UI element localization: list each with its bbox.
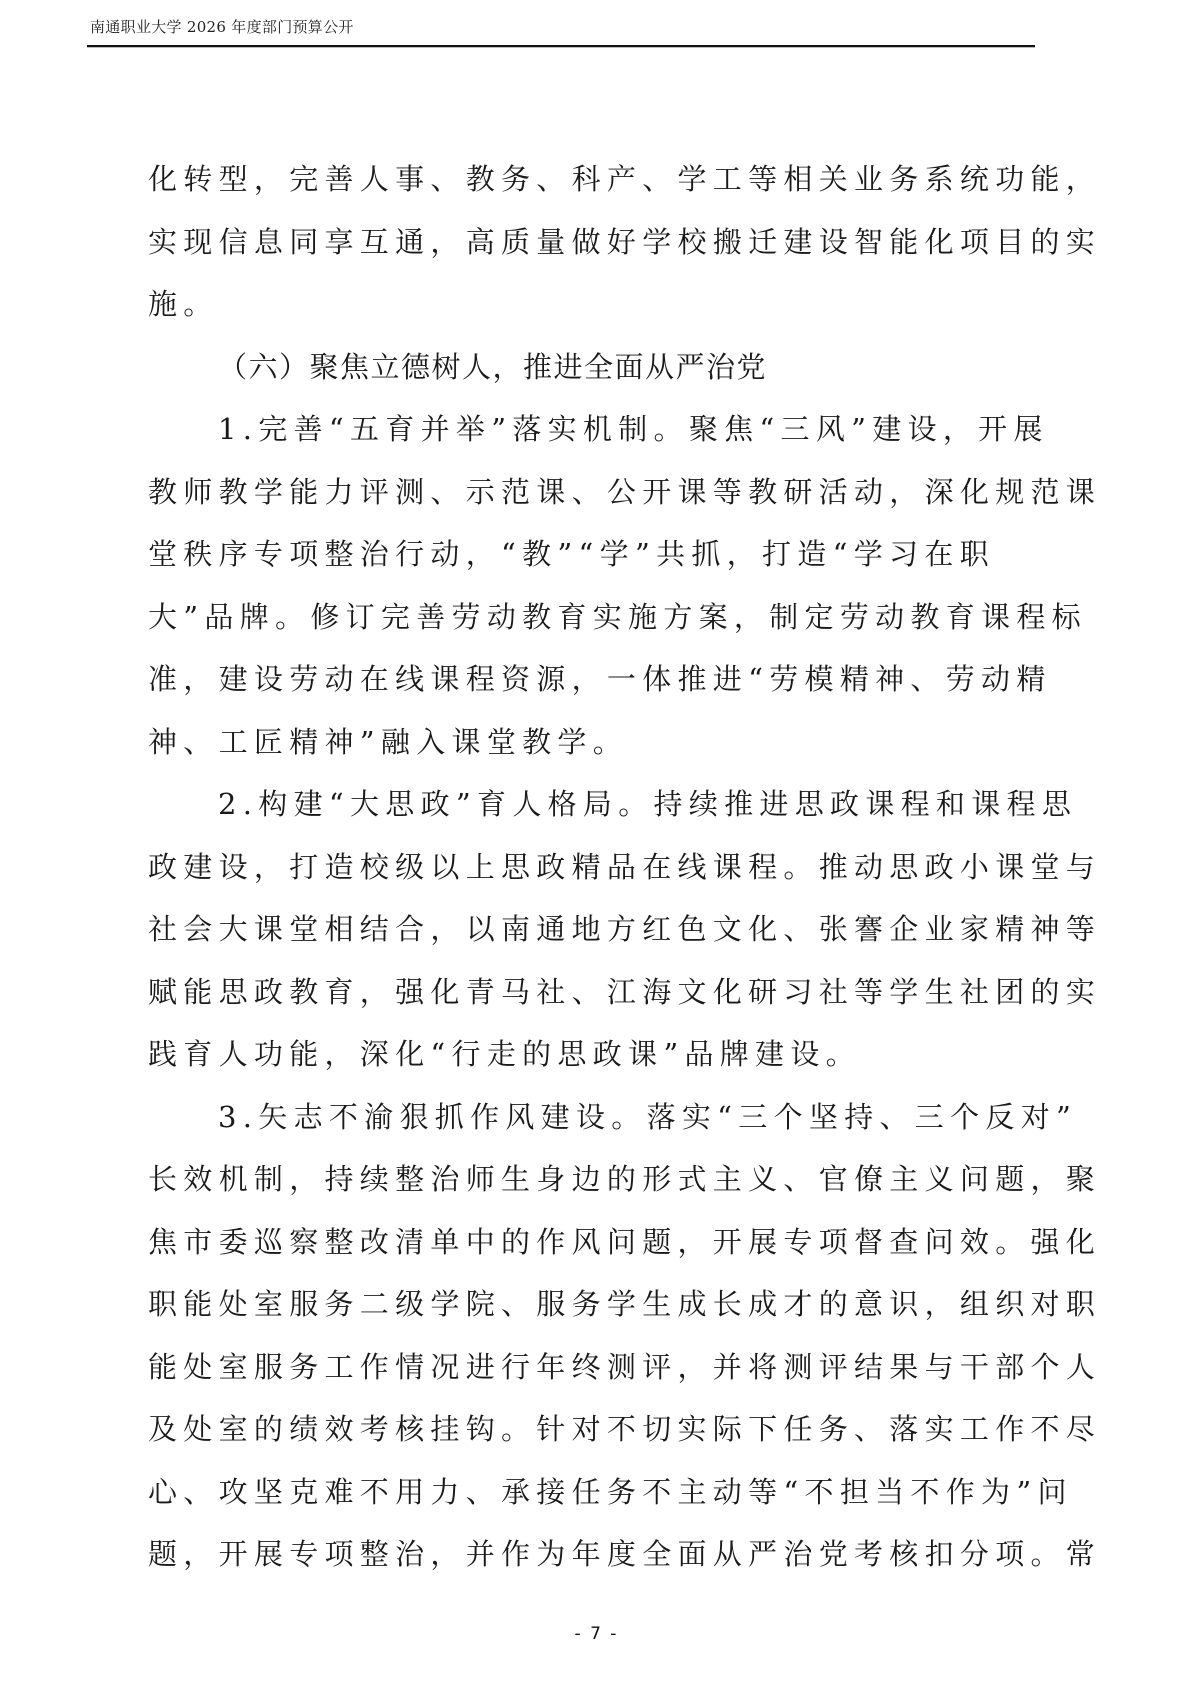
body-text: 化转型，完善人事、教务、科产、学工等相关业务系统功能， 实现信息同享互通，高质量… xyxy=(148,148,1048,1586)
text-line: 能处室服务工作情况进行年终测评，并将测评结果与干部个人 xyxy=(148,1336,1048,1399)
paragraph-start: 1.完善“五育并举”落实机制。聚焦“三风”建设，开展 xyxy=(148,398,1048,461)
page-number: - 7 - xyxy=(0,1624,1191,1644)
paragraph-start: 3.矢志不渝狠抓作风建设。落实“三个坚持、三个反对” xyxy=(148,1086,1048,1149)
text-line: 堂秩序专项整治行动，“教”“学”共抓，打造“学习在职 xyxy=(148,523,1048,586)
text-line: 准，建设劳动在线课程资源，一体推进“劳模精神、劳动精 xyxy=(148,648,1048,711)
section-heading: （六）聚焦立德树人，推进全面从严治党 xyxy=(148,336,1048,399)
text-line: 题，开展专项整治，并作为年度全面从严治党考核扣分项。常 xyxy=(148,1523,1048,1586)
text-line: 施。 xyxy=(148,273,1048,336)
text-line: 焦市委巡察整改清单中的作风问题，开展专项督查问效。强化 xyxy=(148,1211,1048,1274)
text-line: 教师教学能力评测、示范课、公开课等教研活动，深化规范课 xyxy=(148,461,1048,524)
text-line: 社会大课堂相结合，以南通地方红色文化、张謇企业家精神等 xyxy=(148,898,1048,961)
paragraph-start: 2.构建“大思政”育人格局。持续推进思政课程和课程思 xyxy=(148,773,1048,836)
text-line: 及处室的绩效考核挂钩。针对不切实际下任务、落实工作不尽 xyxy=(148,1398,1048,1461)
page-header: 南通职业大学 2026 年度部门预算公开 xyxy=(87,0,1035,48)
text-line: 神、工匠精神”融入课堂教学。 xyxy=(148,711,1048,774)
text-line: 政建设，打造校级以上思政精品在线课程。推动思政小课堂与 xyxy=(148,836,1048,899)
text-line: 长效机制，持续整治师生身边的形式主义、官僚主义问题，聚 xyxy=(148,1148,1048,1211)
text-line: 职能处室服务二级学院、服务学生成长成才的意识，组织对职 xyxy=(148,1273,1048,1336)
text-line: 实现信息同享互通，高质量做好学校搬迁建设智能化项目的实 xyxy=(148,211,1048,274)
text-line: 化转型，完善人事、教务、科产、学工等相关业务系统功能， xyxy=(148,148,1048,211)
text-line: 赋能思政教育，强化青马社、江海文化研习社等学生社团的实 xyxy=(148,961,1048,1024)
header-title: 南通职业大学 2026 年度部门预算公开 xyxy=(90,18,354,36)
text-line: 心、攻坚克难不用力、承接任务不主动等“不担当不作为”问 xyxy=(148,1461,1048,1524)
text-line: 大”品牌。修订完善劳动教育实施方案，制定劳动教育课程标 xyxy=(148,586,1048,649)
header-divider xyxy=(87,45,1035,47)
text-line: 践育人功能，深化“行走的思政课”品牌建设。 xyxy=(148,1023,1048,1086)
